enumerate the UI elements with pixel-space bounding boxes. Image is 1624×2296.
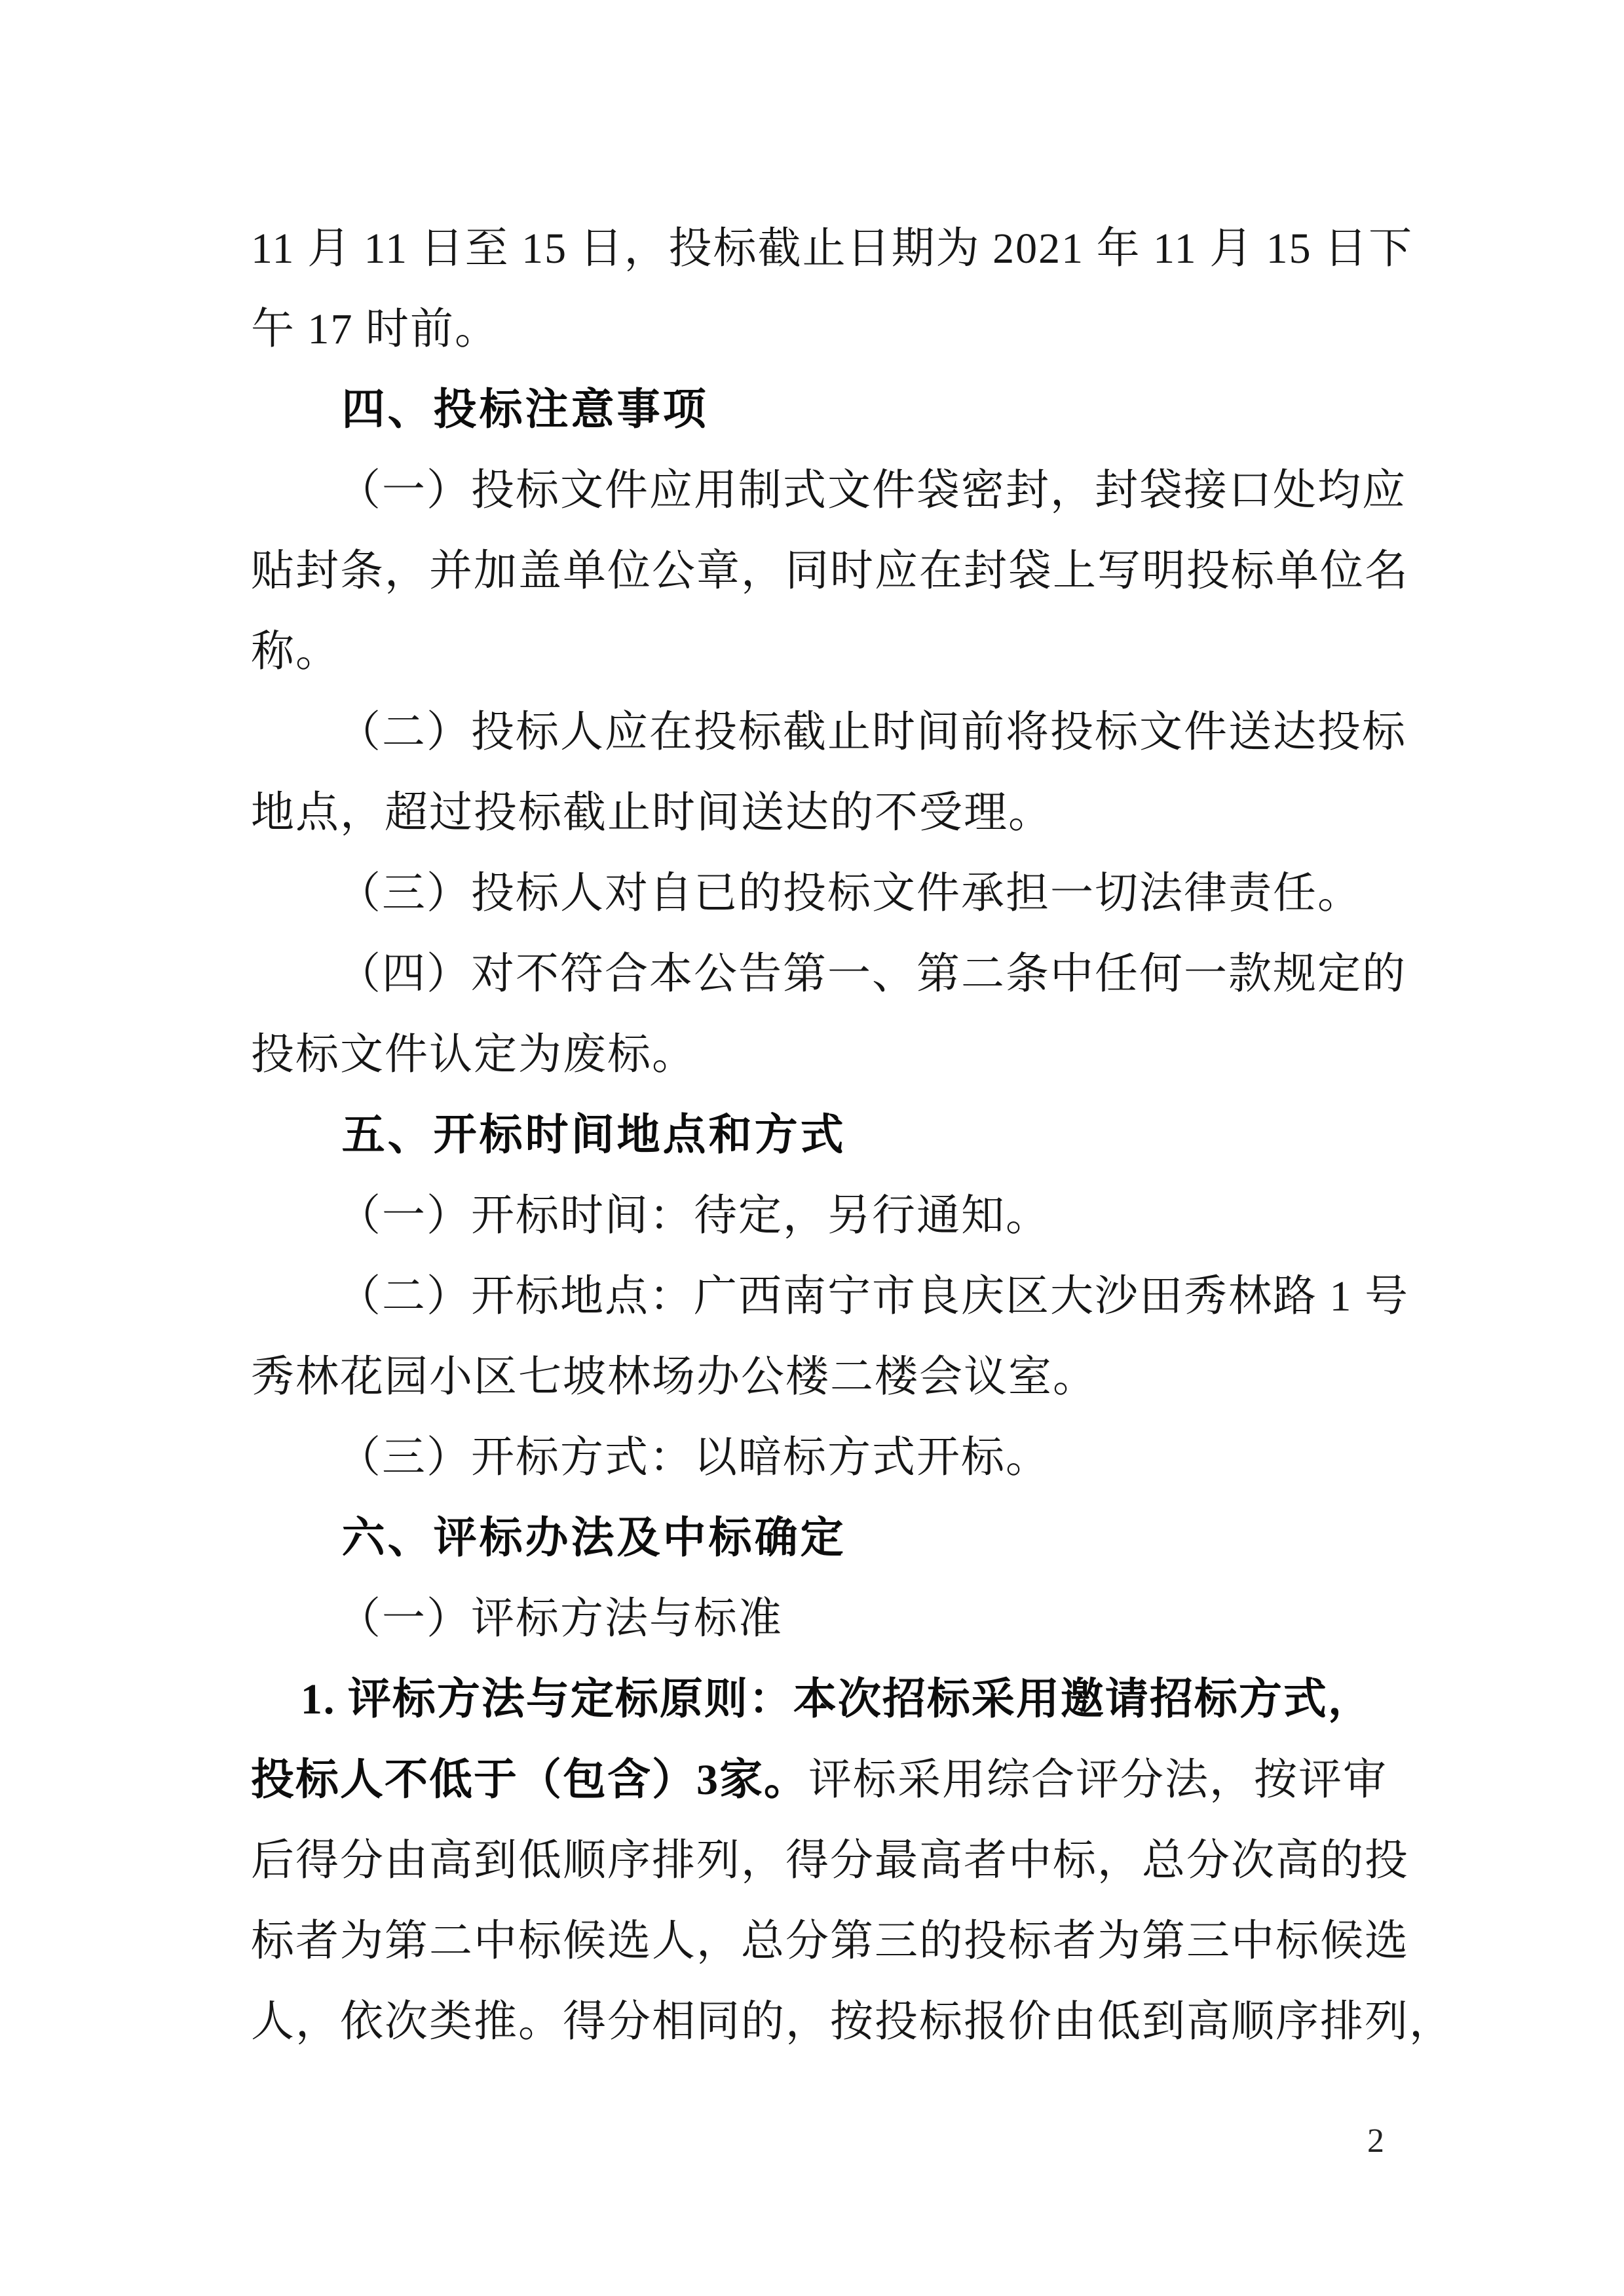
text-line: （一）开标时间：待定，另行通知。 [251,1176,1424,1256]
text-segment: 11 月 11 日至 15 日，投标截止日期为 2021 年 11 月 15 日… [251,225,1413,273]
text-segment: 标者为第二中标候选人，总分第三的投标者为第三中标候选 [251,1917,1409,1965]
document-body: 11 月 11 日至 15 日，投标截止日期为 2021 年 11 月 15 日… [251,208,1424,2062]
text-line: 地点，超过投标截止时间送达的不受理。 [251,773,1424,853]
text-line: 标者为第二中标候选人，总分第三的投标者为第三中标候选 [251,1901,1424,1981]
text-segment: 贴封条，并加盖单位公章，同时应在封袋上写明投标单位名 [251,547,1409,595]
document-page: 11 月 11 日至 15 日，投标截止日期为 2021 年 11 月 15 日… [0,0,1624,2296]
text-segment: 六、评标办法及中标确定 [342,1514,846,1562]
text-line: （二）投标人应在投标截止时间前将投标文件送达投标 [251,692,1424,773]
text-line: 后得分由高到低顺序排列，得分最高者中标，总分次高的投 [251,1820,1424,1901]
text-line: （四）对不符合本公告第一、第二条中任何一款规定的 [251,934,1424,1014]
text-segment: （一）投标文件应用制式文件袋密封，封袋接口处均应 [337,467,1407,514]
text-segment: 投标文件认定为废标。 [251,1031,696,1079]
text-segment: 称。 [251,628,340,676]
text-segment: 后得分由高到低顺序排列，得分最高者中标，总分次高的投 [251,1837,1409,1885]
page-number: 2 [1350,2122,1402,2161]
text-line: 秀林花园小区七坡林场办公楼二楼会议室。 [251,1337,1424,1417]
text-line: （三）投标人对自已的投标文件承担一切法律责任。 [251,853,1424,934]
text-line: （二）开标地点：广西南宁市良庆区大沙田秀林路 1 号 [251,1256,1424,1337]
text-line: 午 17 时前。 [251,289,1424,370]
section-heading: 四、投标注意事项 [251,370,1424,450]
text-line: 投标文件认定为废标。 [251,1014,1424,1095]
text-line: 称。 [251,611,1424,692]
text-segment: （四）对不符合本公告第一、第二条中任何一款规定的 [337,950,1407,998]
text-segment: 人，依次类推。得分相同的，按投标报价由低到高顺序排列， [251,1998,1454,2046]
section-heading: 五、开标时间地点和方式 [251,1095,1424,1176]
text-segment: （一）评标方法与标准 [337,1595,783,1643]
text-segment: （三）开标方式：以暗标方式开标。 [337,1434,1050,1482]
text-segment: （三）投标人对自已的投标文件承担一切法律责任。 [337,870,1362,917]
text-segment: 午 17 时前。 [251,305,499,353]
text-segment: 四、投标注意事项 [342,386,709,434]
text-segment: 评标采用综合评分法，按评审 [808,1756,1388,1804]
text-line: （一）投标文件应用制式文件袋密封，封袋接口处均应 [251,450,1424,531]
text-segment: （一）开标时间：待定，另行通知。 [337,1192,1050,1240]
section-heading: 六、评标办法及中标确定 [251,1498,1424,1578]
text-segment: 投标人不低于（包含）3家。 [251,1756,808,1804]
text-line: 贴封条，并加盖单位公章，同时应在封袋上写明投标单位名 [251,531,1424,611]
text-segment: （二）开标地点：广西南宁市良庆区大沙田秀林路 1 号 [337,1272,1409,1320]
text-line: （三）开标方式：以暗标方式开标。 [251,1417,1424,1498]
text-line: 1. 评标方法与定标原则：本次招标采用邀请招标方式， [251,1659,1424,1740]
text-segment: 地点，超过投标截止时间送达的不受理。 [251,789,1053,837]
text-segment: （二）投标人应在投标截止时间前将投标文件送达投标 [337,708,1407,756]
text-segment: 秀林花园小区七坡林场办公楼二楼会议室。 [251,1353,1097,1401]
text-segment: 五、开标时间地点和方式 [342,1111,846,1159]
text-line: 11 月 11 日至 15 日，投标截止日期为 2021 年 11 月 15 日… [251,208,1424,289]
text-line: 投标人不低于（包含）3家。评标采用综合评分法，按评审 [251,1740,1424,1820]
text-line: （一）评标方法与标准 [251,1578,1424,1659]
text-segment: 1. 评标方法与定标原则：本次招标采用邀请招标方式， [301,1675,1372,1723]
text-line: 人，依次类推。得分相同的，按投标报价由低到高顺序排列， [251,1981,1424,2062]
